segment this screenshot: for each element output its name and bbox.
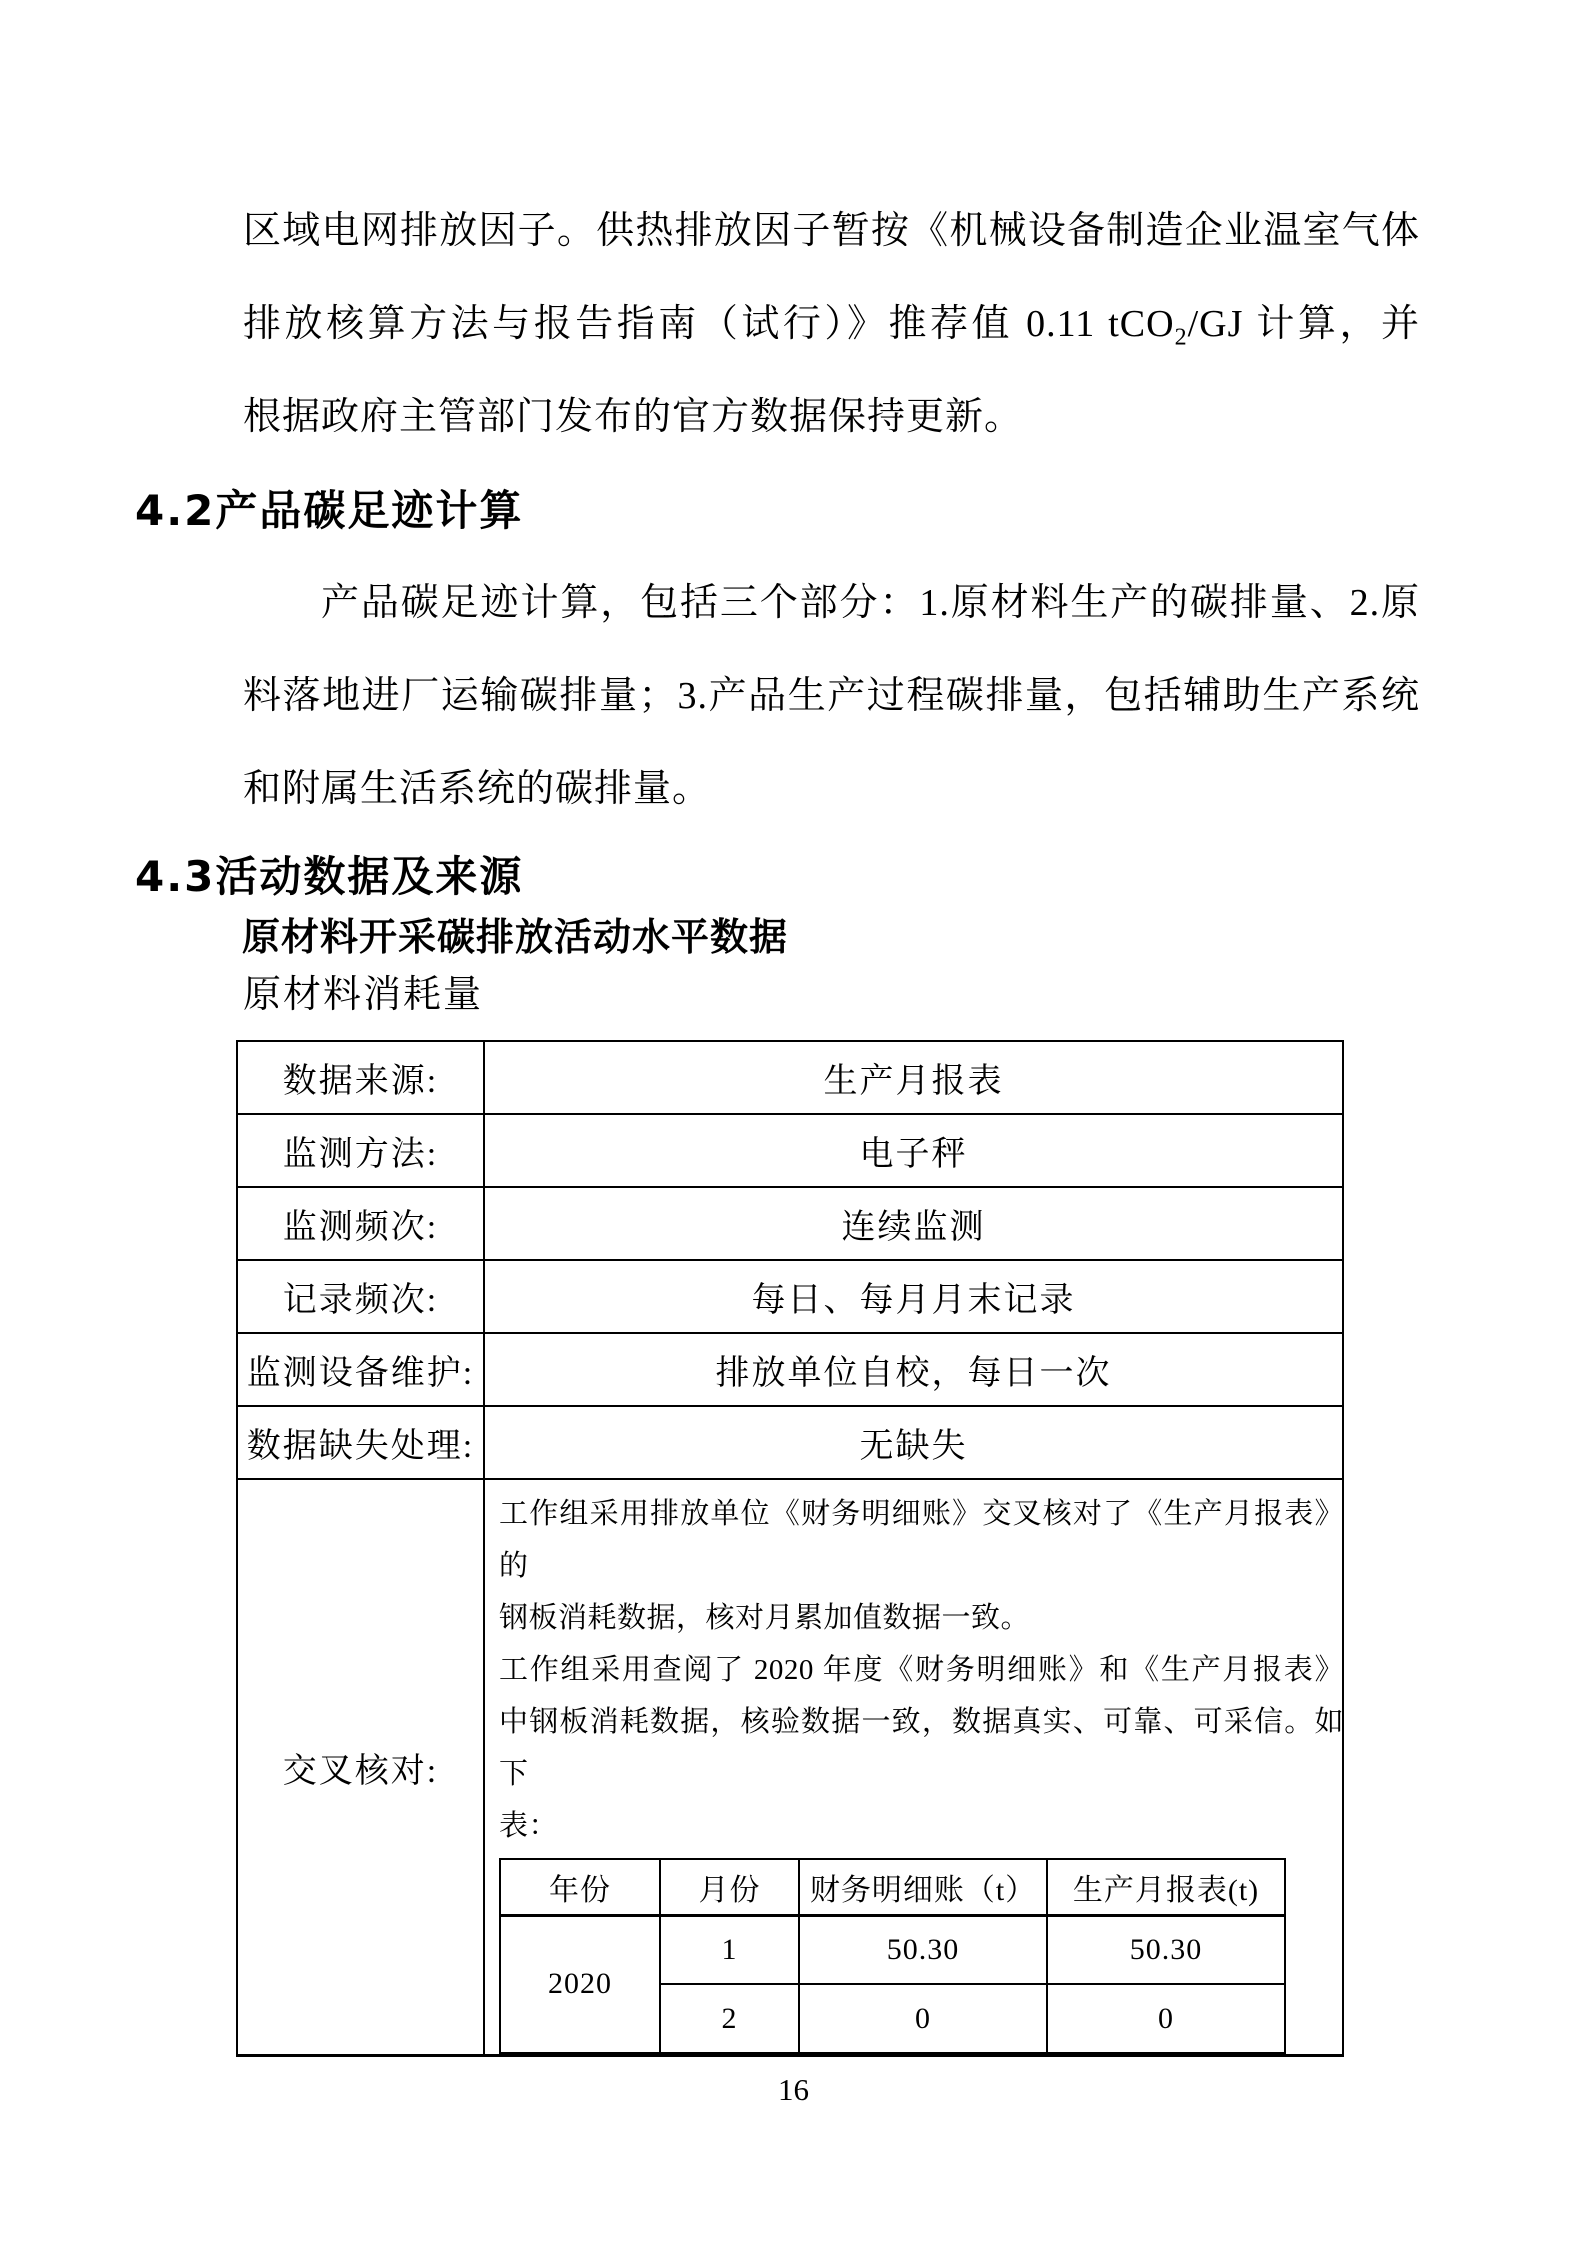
row-label: 监测方法: [237,1114,484,1187]
year-cell: 2020 [500,1915,660,2053]
row-value: 生产月报表 [484,1041,1343,1114]
row-label: 数据缺失处理: [237,1406,484,1479]
table-caption: 原材料消耗量 [243,972,483,1018]
table-row: 监测频次: 连续监测 [237,1187,1343,1260]
finance-value-cell: 50.30 [799,1915,1047,1984]
page-number: 16 [0,2072,1587,2108]
row-value: 每日、每月月末记录 [484,1260,1343,1333]
table-row: 数据来源: 生产月报表 [237,1041,1343,1114]
finance-value-cell: 0 [799,1984,1047,2053]
header-finance-ledger: 财务明细账（t） [799,1859,1047,1915]
intro-line-3: 根据政府主管部门发布的官方数据保持更新。 [243,393,1420,441]
activity-data-subheading: 原材料开采碳排放活动水平数据 [242,914,788,960]
cross-check-row: 交叉核对: 工作组采用排放单位《财务明细账》交叉核对了《生产月报表》的 钢板消耗… [237,1479,1343,2056]
table-row: 数据缺失处理: 无缺失 [237,1406,1343,1479]
document-page: 区域电网排放因子。供热排放因子暂按《机械设备制造企业温室气体 排放核算方法与报告… [0,0,1587,2245]
comparison-header-row: 年份 月份 财务明细账（t） 生产月报表(t) [500,1859,1285,1915]
section-4-2-para-line-2: 料落地进厂运输碳排量；3.产品生产过程碳排量，包括辅助生产系统 [243,672,1420,720]
cross-check-content: 工作组采用排放单位《财务明细账》交叉核对了《生产月报表》的 钢板消耗数据，核对月… [484,1479,1343,2056]
row-label: 监测设备维护: [237,1333,484,1406]
cross-check-line-4: 中钢板消耗数据，核验数据一致，数据真实、可靠、可采信。如下 [499,1696,1343,1800]
row-value: 电子秤 [484,1114,1343,1187]
header-year: 年份 [500,1859,660,1915]
row-value: 无缺失 [484,1406,1343,1479]
header-month: 月份 [660,1859,799,1915]
section-4-2-heading: 4.2产品碳足迹计算 [135,486,523,536]
row-label: 数据来源: [237,1041,484,1114]
header-production-report: 生产月报表(t) [1047,1859,1285,1915]
section-4-3-heading: 4.3活动数据及来源 [135,852,523,902]
intro-line-2-post: /GJ 计算，并 [1188,303,1420,345]
cross-check-label: 交叉核对: [237,1479,484,2056]
co2-subscript: 2 [1175,325,1188,351]
production-value-cell: 50.30 [1047,1915,1285,1984]
comparison-row: 2020 1 50.30 50.30 [500,1915,1285,1984]
table-row: 监测方法: 电子秤 [237,1114,1343,1187]
row-label: 记录频次: [237,1260,484,1333]
monitoring-data-table: 数据来源: 生产月报表 监测方法: 电子秤 监测频次: 连续监测 记录频次: 每… [236,1040,1344,2057]
table-row: 监测设备维护: 排放单位自校，每日一次 [237,1333,1343,1406]
production-value-cell: 0 [1047,1984,1285,2053]
section-4-2-para-line-1: 产品碳足迹计算，包括三个部分：1.原材料生产的碳排量、2.原 [243,579,1420,627]
intro-line-2-pre: 排放核算方法与报告指南（试行）》推荐值 0.11 tCO [243,303,1175,345]
month-cell: 1 [660,1915,799,1984]
cross-check-line-3: 工作组采用查阅了 2020 年度《财务明细账》和《生产月报表》 [499,1644,1343,1696]
row-value: 排放单位自校，每日一次 [484,1333,1343,1406]
section-4-2-para-line-3: 和附属生活系统的碳排量。 [243,765,1420,813]
cross-check-line-5: 表： [499,1800,1343,1852]
row-label: 监测频次: [237,1187,484,1260]
intro-line-1: 区域电网排放因子。供热排放因子暂按《机械设备制造企业温室气体 [243,207,1420,255]
row-value: 连续监测 [484,1187,1343,1260]
cross-check-line-2: 钢板消耗数据，核对月累加值数据一致。 [499,1592,1343,1644]
month-cell: 2 [660,1984,799,2053]
comparison-table: 年份 月份 财务明细账（t） 生产月报表(t) 2020 1 50.30 50.… [499,1858,1286,2054]
table-row: 记录频次: 每日、每月月末记录 [237,1260,1343,1333]
cross-check-line-1: 工作组采用排放单位《财务明细账》交叉核对了《生产月报表》的 [499,1488,1343,1592]
intro-line-2: 排放核算方法与报告指南（试行）》推荐值 0.11 tCO2/GJ 计算，并 [243,300,1420,348]
